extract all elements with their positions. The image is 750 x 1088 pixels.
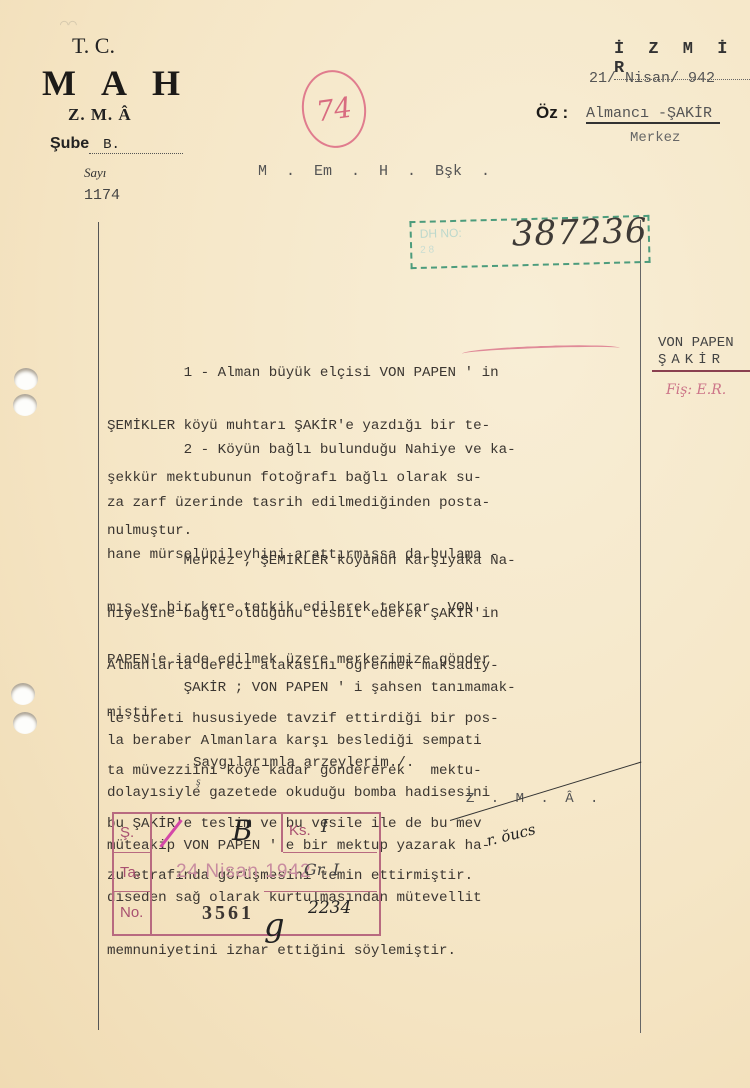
letterhead-agency: M A H bbox=[42, 62, 189, 104]
branch-value: B. bbox=[89, 137, 183, 154]
date: 21/ Nisan/ 942 bbox=[589, 70, 715, 87]
branch-label: Şube bbox=[50, 135, 89, 152]
text-line: 1 - Alman büyük elçisi VON PAPEN ' in bbox=[107, 365, 632, 383]
number-label: Sayı bbox=[84, 165, 106, 181]
stamp-divider bbox=[283, 852, 377, 853]
right-margin-line bbox=[640, 220, 641, 1033]
stamp-handwritten-number: 2234 bbox=[308, 898, 351, 918]
stamp-divider bbox=[281, 814, 283, 852]
stamp-gr-value: Gr. I bbox=[304, 860, 339, 879]
stamp-date: 24 Nisan 1942 bbox=[176, 861, 312, 883]
text-line: hiyesine bağlı olduğunu tesbit ederek ŞA… bbox=[107, 606, 632, 624]
punch-hole bbox=[11, 683, 35, 705]
text-line: 2 - Köyün bağlı bulunduğu Nahiye ve ka- bbox=[107, 442, 632, 460]
subject-label: Öz : bbox=[536, 103, 568, 123]
text-line: memnuniyetini izhar ettiğini söylemiştir… bbox=[107, 943, 632, 961]
stamp-ks-label: Ks. bbox=[289, 822, 311, 839]
side-note-von-papen: VON PAPEN bbox=[658, 334, 734, 352]
file-stamp-label: DH NO: bbox=[420, 226, 462, 241]
signature-unit: Z . M . Â . bbox=[466, 791, 598, 807]
circled-page-number: 74 bbox=[297, 66, 371, 152]
letterhead-unit: Z. M. Â bbox=[68, 105, 132, 125]
text-line: ŞAKİR ; VON PAPEN ' i şahsen tanımamak- bbox=[107, 680, 632, 698]
stamp-label-no: No. bbox=[114, 904, 150, 921]
branch-field: ŞubeB. bbox=[50, 135, 183, 154]
stamp-divider bbox=[150, 814, 152, 934]
subject-value: Almancı -ŞAKİR bbox=[586, 105, 720, 124]
stamp-divider bbox=[264, 891, 377, 892]
file-number-handwritten: 387236 bbox=[511, 211, 648, 255]
addressee: M . Em . H . Bşk . bbox=[258, 163, 490, 180]
pink-slash-mark bbox=[159, 819, 182, 848]
left-margin-line bbox=[98, 222, 99, 1030]
text-line: za zarf üzerinde tasrih edilmediğinden p… bbox=[107, 495, 632, 513]
side-note-sakir: ŞAKİR bbox=[658, 352, 725, 368]
registry-stamp: Ş. Ta. No. B Ks. I 24 Nisan 1942 Gr. I 3… bbox=[112, 812, 381, 936]
stamp-divider bbox=[114, 891, 150, 892]
paper-wrinkle: ⌒⌒ bbox=[60, 16, 77, 33]
side-note-handwritten: Fiş: E.R. bbox=[666, 382, 726, 398]
file-number-stamp: DH NO: 2 8 387236 bbox=[409, 215, 650, 269]
side-note-underline bbox=[652, 370, 750, 372]
stamp-ks-value: I bbox=[321, 816, 328, 837]
recipient-office: Merkez bbox=[630, 130, 680, 146]
stamp-label-tarih: Ta. bbox=[114, 864, 150, 881]
stamp-sube-handwritten: B bbox=[232, 814, 253, 847]
stamp-divider bbox=[114, 852, 150, 853]
stamp-handwritten-mark: g bbox=[264, 906, 284, 944]
stamp-label-sube: Ş. bbox=[114, 824, 150, 841]
text-line: la beraber Almanlara karşı beslediği sem… bbox=[107, 733, 632, 751]
punch-hole bbox=[14, 368, 38, 390]
punch-hole bbox=[13, 394, 37, 416]
stamp-number: 3561 bbox=[202, 902, 254, 925]
text-line: Merkez ; ŞEMİKLER köyünün Karşıyaka Na- bbox=[107, 553, 632, 571]
closing-mark: ş bbox=[196, 774, 201, 789]
number-value: 1174 bbox=[84, 187, 120, 204]
closing-line: Saygılarımla arzeylerim./. bbox=[193, 755, 414, 771]
letterhead-country: T. C. bbox=[72, 33, 115, 59]
punch-hole bbox=[13, 712, 37, 734]
file-stamp-sub: 2 8 bbox=[420, 245, 434, 256]
